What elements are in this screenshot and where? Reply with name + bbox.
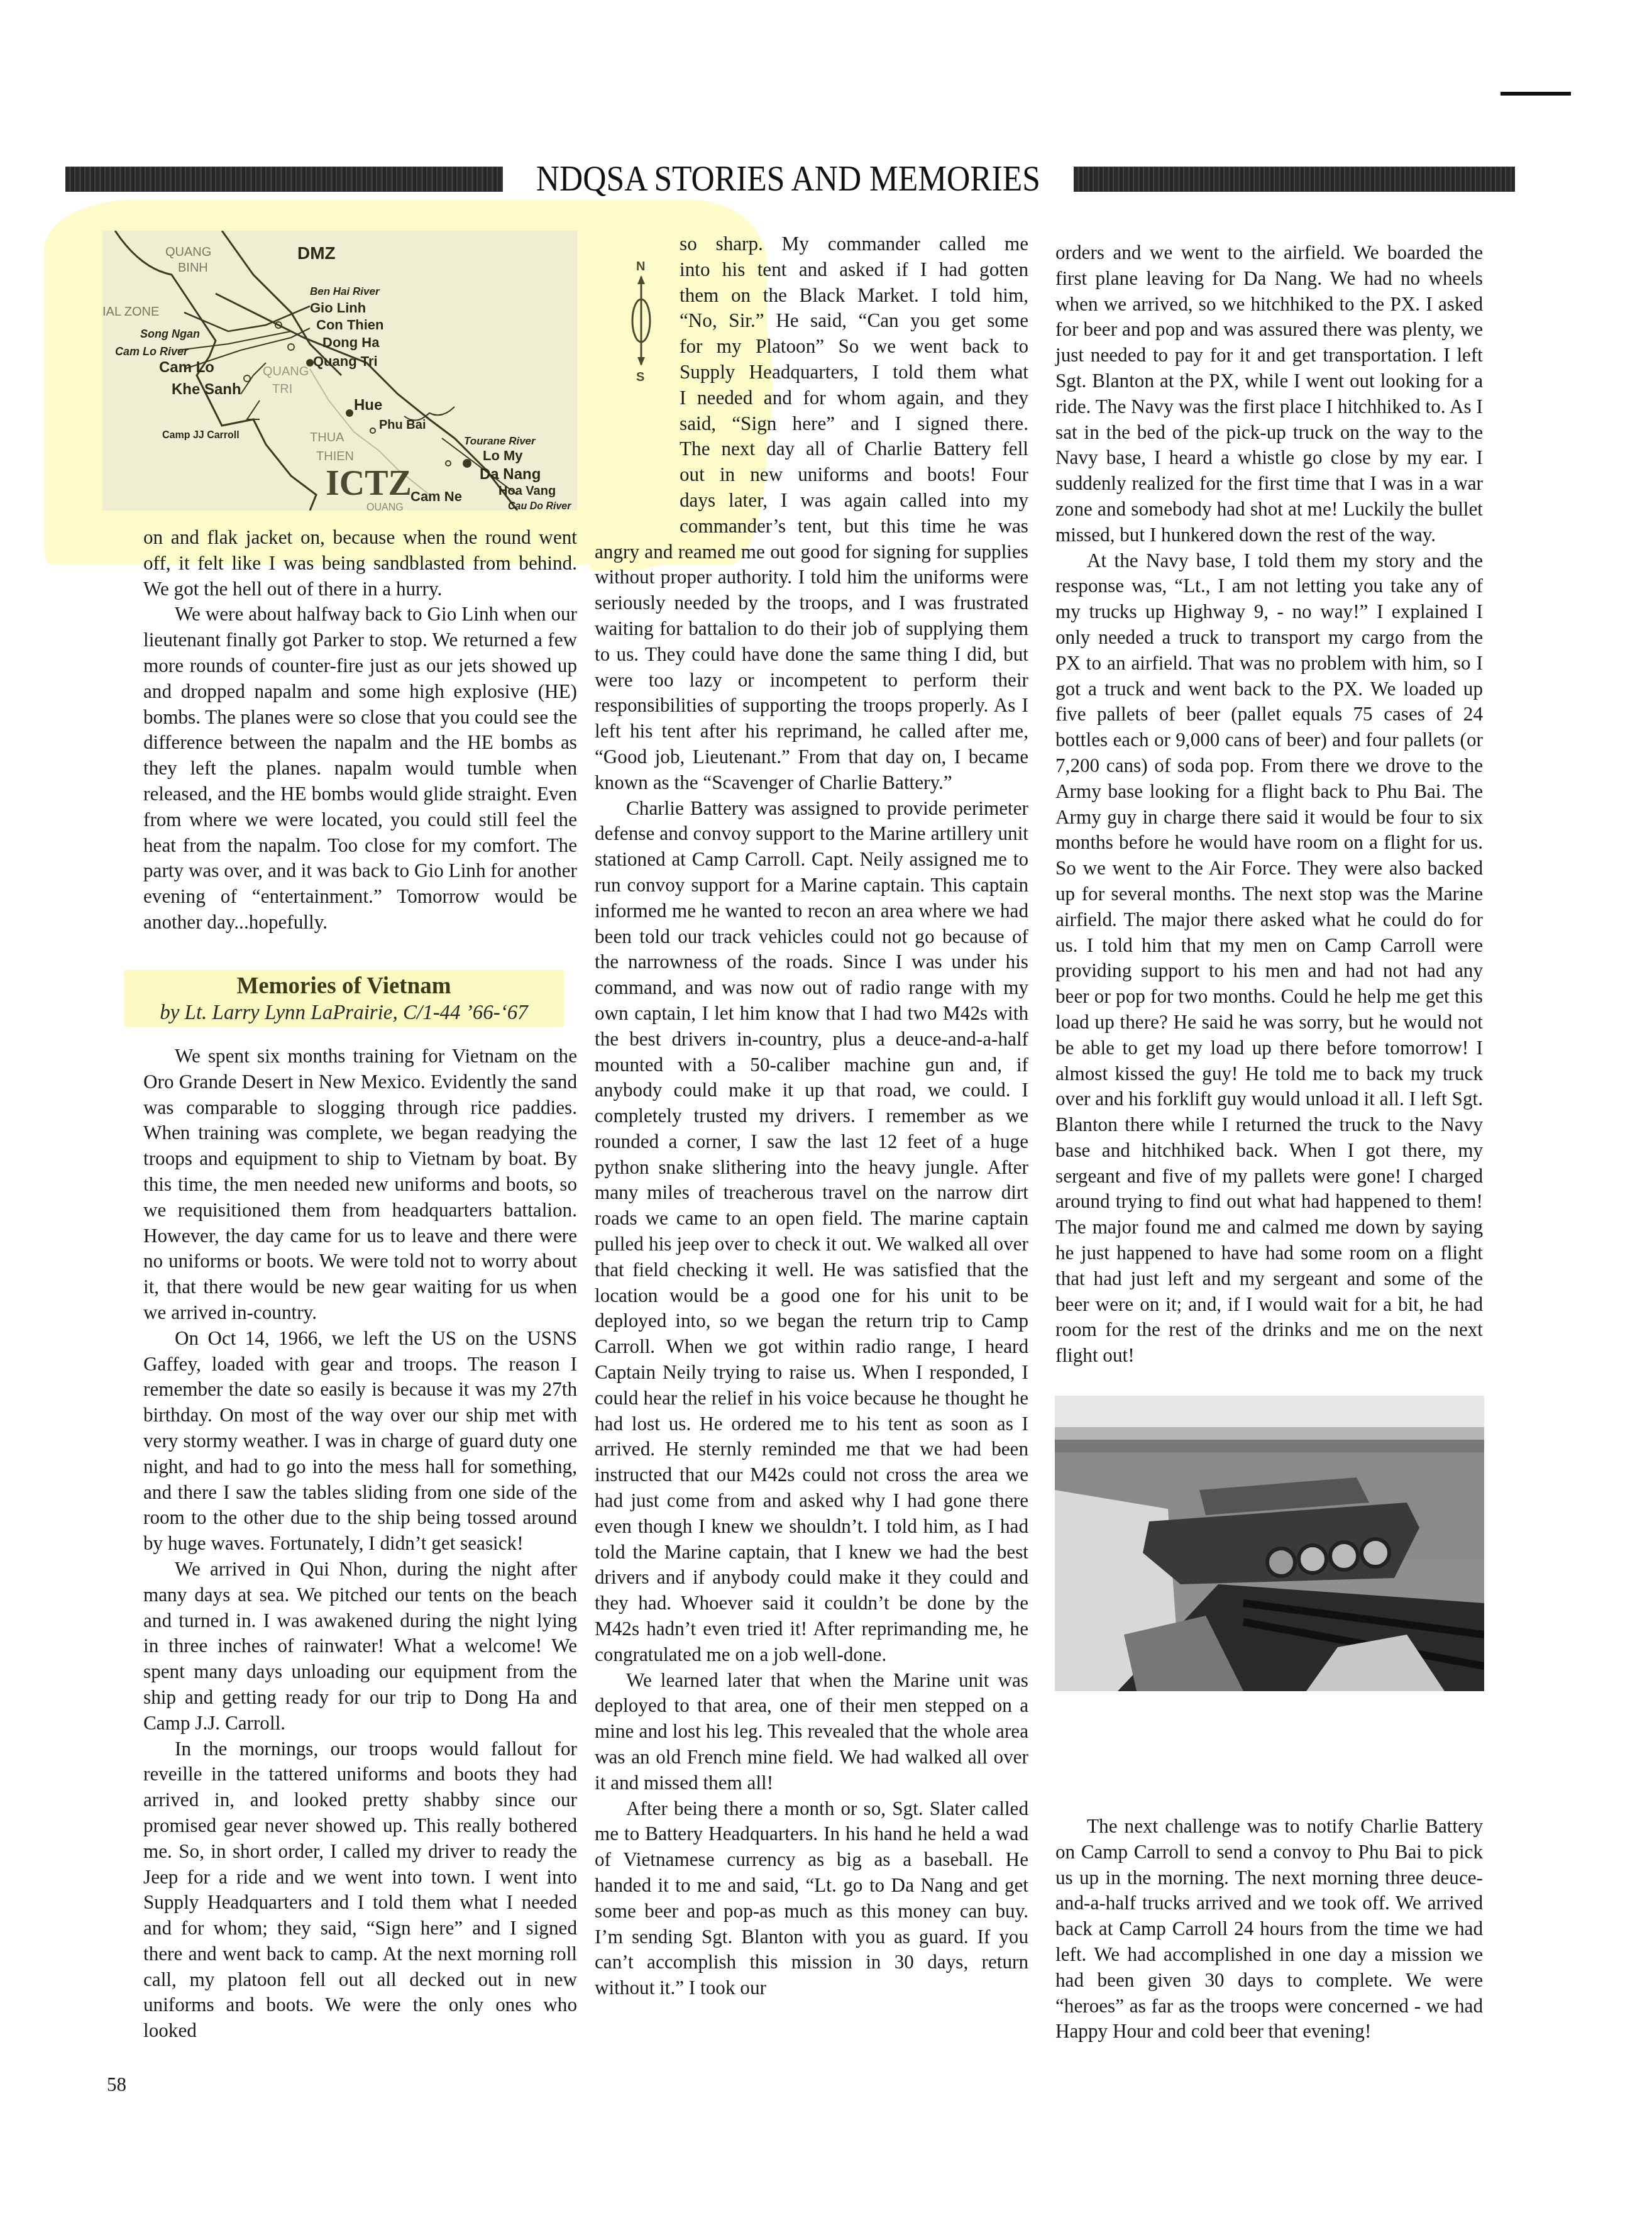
svg-text:Quang Tri: Quang Tri: [313, 353, 378, 369]
svg-text:Song Ngan: Song Ngan: [140, 328, 200, 340]
header-bar-right: [1074, 167, 1515, 192]
text-line: commander’s tent, but this time he was: [680, 514, 1028, 539]
svg-text:Khe Sanh: Khe Sanh: [172, 381, 241, 398]
svg-text:BINH: BINH: [178, 261, 208, 275]
svg-text:Con Thien: Con Thien: [316, 317, 384, 333]
paragraph: We were about halfway back to Gio Linh w…: [143, 602, 577, 935]
paragraph: We spent six months training for Vietnam…: [143, 1044, 577, 1326]
svg-text:Camp JJ Carroll: Camp JJ Carroll: [162, 430, 240, 441]
paragraph: angry and reamed me out good for signing…: [595, 539, 1028, 796]
paragraph: Charlie Battery was assigned to provide …: [595, 796, 1028, 1668]
text-line: Supply Headquarters, I told them what: [680, 360, 1028, 385]
paragraph: We learned later that when the Marine un…: [595, 1668, 1028, 1796]
page-number: 58: [107, 2073, 126, 2096]
svg-text:Hue: Hue: [354, 397, 382, 414]
map-label-ictz: ICTZ: [326, 464, 412, 503]
paragraph: After being there a month or so, Sgt. Sl…: [595, 1796, 1028, 2001]
svg-text:Cam Ne: Cam Ne: [410, 488, 462, 504]
corner-rule: [1501, 92, 1571, 96]
svg-text:TRI: TRI: [272, 382, 292, 396]
wrapped-text-beside-map: so sharp. My commander called me into hi…: [680, 231, 1028, 539]
column-3-after-photo: The next challenge was to notify Charlie…: [1055, 1814, 1483, 2044]
article-byline: by Lt. Larry Lynn LaPrairie, C/1-44 ’66-…: [124, 1000, 564, 1025]
text-line: days later, I was again called into my: [680, 488, 1028, 514]
text-line: I needed and for whom again, and they: [680, 385, 1028, 411]
column-1-article: We spent six months training for Vietnam…: [143, 1044, 577, 2044]
map-label-quang-binh: QUANG: [165, 245, 211, 259]
column-2: so sharp. My commander called me into hi…: [595, 231, 1028, 2001]
article-title: Memories of Vietnam: [124, 973, 564, 1000]
svg-text:THUA: THUA: [310, 431, 344, 444]
svg-text:Gio Linh: Gio Linh: [310, 300, 366, 316]
paragraph: In the mornings, our troops would fallou…: [143, 1736, 577, 2044]
svg-text:Cam Lo: Cam Lo: [159, 359, 214, 376]
text-line: The next day all of Charlie Battery fell: [680, 436, 1028, 462]
svg-text:THIEN: THIEN: [316, 450, 354, 463]
m42-vehicle-photo: [1055, 1396, 1484, 1691]
svg-text:Cau Do River: Cau Do River: [508, 501, 571, 510]
svg-text:Hoa Vang: Hoa Vang: [498, 484, 556, 498]
svg-text:QUANG: QUANG: [366, 502, 404, 510]
vietnam-map: QUANG BINH DMZ IAL ZONE Ben Hai River Gi…: [102, 231, 577, 510]
section-title: NDQSA STORIES AND MEMORIES: [526, 159, 1050, 199]
text-line: so sharp. My commander called me: [680, 231, 1028, 257]
svg-text:Phu Bai: Phu Bai: [379, 418, 426, 432]
text-line: them on the Black Market. I told him,: [680, 283, 1028, 309]
section-header: NDQSA STORIES AND MEMORIES: [65, 160, 1515, 198]
svg-text:Tourane River: Tourane River: [464, 435, 536, 447]
paragraph: We arrived in Qui Nhon, during the night…: [143, 1557, 577, 1736]
svg-text:Ben Hai River: Ben Hai River: [310, 285, 380, 297]
paragraph: On Oct 14, 1966, we left the US on the U…: [143, 1326, 577, 1557]
svg-text:Lo My: Lo My: [483, 448, 523, 463]
column-1-continued: on and flak jacket on, because when the …: [143, 525, 577, 935]
text-line: “No, Sir.” He said, “Can you get some: [680, 308, 1028, 334]
column-3: orders and we went to the airfield. We b…: [1055, 240, 1483, 1369]
text-line: into his tent and asked if I had gotten: [680, 257, 1028, 283]
svg-text:QUANG: QUANG: [263, 365, 309, 378]
svg-text:Cam Lo River: Cam Lo River: [115, 345, 189, 358]
map-label-dmz: DMZ: [297, 243, 336, 263]
text-line: for my Platoon” So we went back to: [680, 334, 1028, 360]
paragraph: on and flak jacket on, because when the …: [143, 525, 577, 602]
paragraph: orders and we went to the airfield. We b…: [1055, 240, 1483, 548]
text-line: said, “Sign here” and I signed there.: [680, 411, 1028, 437]
article-header: Memories of Vietnam by Lt. Larry Lynn La…: [124, 970, 564, 1027]
svg-text:IAL ZONE: IAL ZONE: [102, 305, 159, 319]
header-bar-left: [65, 167, 503, 192]
paragraph: The next challenge was to notify Charlie…: [1055, 1814, 1483, 2044]
svg-text:Dong Ha: Dong Ha: [322, 334, 380, 350]
text-line: out in new uniforms and boots! Four: [680, 462, 1028, 488]
paragraph: At the Navy base, I told them my story a…: [1055, 548, 1483, 1369]
svg-text:Da Nang: Da Nang: [480, 466, 541, 483]
